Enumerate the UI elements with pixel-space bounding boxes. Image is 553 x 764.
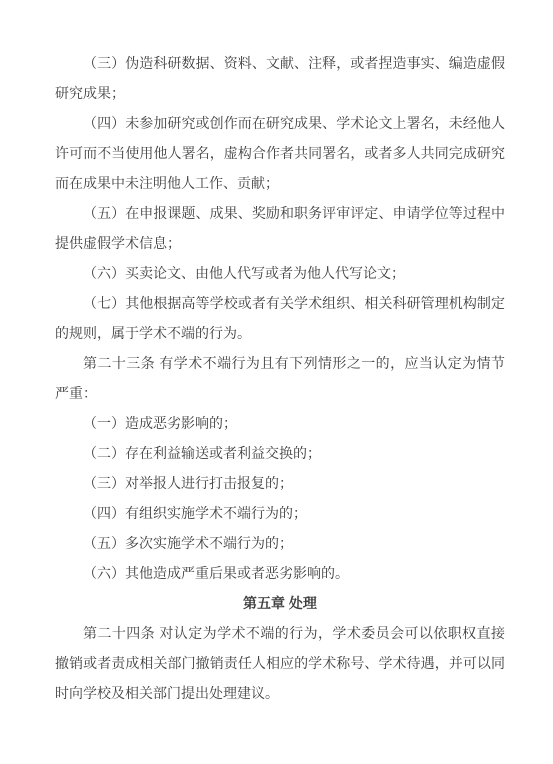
chapter-heading: 第五章 处理 xyxy=(55,588,505,618)
paragraph: （四）未参加研究或创作而在研究成果、学术论文上署名，未经他人许可而不当使用他人署… xyxy=(55,108,505,198)
paragraph: （四）有组织实施学术不端行为的； xyxy=(55,498,505,528)
document-page: （三）伪造科研数据、资料、文献、注释，或者捏造事实、编造虚假研究成果；（四）未参… xyxy=(0,0,553,764)
paragraph: （七）其他根据高等学校或者有关学术组织、相关科研管理机构制定的规则，属于学术不端… xyxy=(55,288,505,348)
paragraph: （三）伪造科研数据、资料、文献、注释，或者捏造事实、编造虚假研究成果； xyxy=(55,48,505,108)
paragraph: （三）对举报人进行打击报复的； xyxy=(55,468,505,498)
document-body: （三）伪造科研数据、资料、文献、注释，或者捏造事实、编造虚假研究成果；（四）未参… xyxy=(55,48,505,708)
paragraph: 第二十三条 有学术不端行为且有下列情形之一的，应当认定为情节严重： xyxy=(55,348,505,408)
paragraph: （六）买卖论文、由他人代写或者为他人代写论文； xyxy=(55,258,505,288)
paragraph: （二）存在利益输送或者利益交换的； xyxy=(55,438,505,468)
paragraph: （五）多次实施学术不端行为的； xyxy=(55,528,505,558)
paragraph: （五）在申报课题、成果、奖励和职务评审评定、申请学位等过程中提供虚假学术信息； xyxy=(55,198,505,258)
paragraph: （一）造成恶劣影响的； xyxy=(55,408,505,438)
paragraph: （六）其他造成严重后果或者恶劣影响的。 xyxy=(55,558,505,588)
paragraph: 第二十四条 对认定为学术不端的行为，学术委员会可以依职权直接撤销或者责成相关部门… xyxy=(55,618,505,708)
